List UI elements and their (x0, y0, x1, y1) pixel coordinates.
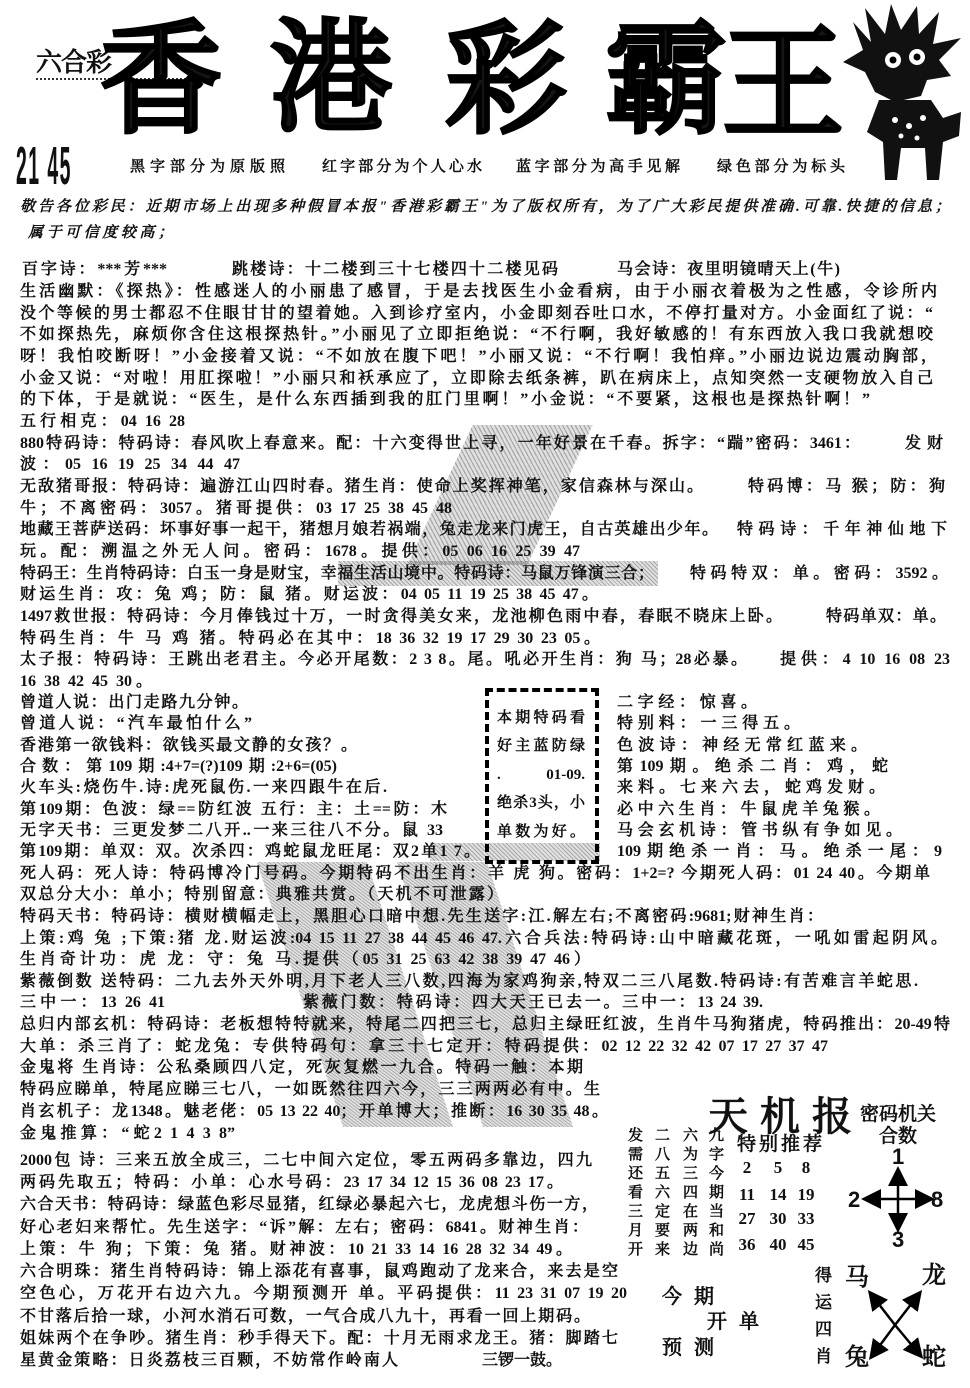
recommend-number: 8 (791, 1157, 821, 1179)
recommend-number: 2 (732, 1157, 762, 1179)
bao2000-line: 2000包 诗：三来五放全成三，二七中间六定位，零五两码多靠边，四九 (20, 1150, 592, 1172)
tema-bo-line: 特码博：马 猴；防：狗 (748, 476, 945, 498)
jingui-tuisuan-line: 金鬼推算：“蛇2 1 4 3 8” (20, 1123, 235, 1145)
juesha-two-line: 第109期。绝杀二肖：鸡，蛇 (617, 756, 888, 778)
tema-shuang-line: 特码特双：单。密码：3592。 (690, 563, 948, 585)
code-number-right: 8 (931, 1188, 943, 1212)
taizi-line: 太子报：特码诗：王跳出老君主。今必开尾数：2 3 8。尾。吼必开生肖：狗 马；2… (20, 649, 747, 671)
title-char: 王 (722, 18, 844, 148)
ziwei-line: 紫薇倒数 送特码：二九去外天外明,月下老人三八数,四海为家鸡狗亲,特双二三八尾数… (20, 971, 918, 993)
notice-line: 敬告各位彩民：近期市场上出现多种假冒本报"香港彩霸王"为了版权所有，为了广大彩民… (20, 196, 950, 218)
legend-black: 黑字部分为原版照 (130, 156, 285, 178)
humor-line: 生活幽默：《探热》：性感迷人的小丽患了感冒，于是去找医生小金看病，由于小丽衣着极… (20, 281, 937, 303)
mahui-xuanji-line: 马会玄机诗：管书纵有争如见。 (617, 820, 902, 842)
humor-line: 不如探热先，麻烦你含住这根探热针。”小丽见了立即拒绝说：“不行啊，我好敏感的！有… (20, 324, 933, 346)
zengdaoren-line: 曾道人说：“汽车最怕什么” (20, 713, 252, 735)
tema-yingdi-line: 特码应睇单，特尾应睇三七八，一如既然往四六今，三三两两必有中。生 (20, 1079, 600, 1101)
recommend-number: 30 (763, 1208, 793, 1230)
wave-numbers: 波：05 16 19 25 34 44 47 (20, 454, 240, 476)
caiyun-line: 财运生肖：攻：兔 鸡；防：鼠 猪。财运波：04 05 11 19 25 38 4… (20, 584, 598, 606)
recommend-number: 11 (732, 1184, 762, 1206)
humor-line: 呀！我怕咬断呀！”小金接着又说：“不如放在腹下吧！”小丽又说：“不行啊！我怕痒。… (20, 346, 937, 368)
mahui-poem: 马会诗：夜里明镜晴天上(牛) (617, 259, 840, 281)
daxiao-line: 双总分大小：单小；特别留意：典雅共赏。（天机不可泄露） (20, 884, 503, 906)
tema-880-line: 880特码诗：特码诗：春风吹上春意来。配：十六变得世上寻，一年好景在千春。拆字：… (20, 433, 860, 455)
title-char: 霸 (605, 14, 727, 144)
prediction-line: 今期 (662, 1285, 726, 1309)
sebo-line: 第109期：色波：绿==防红波 五行：主：土==防：木 (20, 799, 447, 821)
liuhe-tianshu-line: 六合天书：特码诗：绿蓝色彩尽显猪，红绿必暴起六七，龙虎想斗伤一方， (20, 1194, 598, 1216)
danshuang-line: 第109期：单双：双。次杀四：鸡蛇鼠龙旺尾：双2单1 7。 (20, 841, 480, 863)
zodiac-rabbit: 兔 (845, 1345, 869, 1371)
cross-arrows-icon (860, 1165, 936, 1235)
zengdaoren-line: 曾道人说：出门走路九分钟。 (20, 692, 248, 714)
legend-blue: 蓝字部分为高手见解 (516, 156, 680, 178)
zhuge-numbers: 牛；不离密码：3057。猪哥提供：03 17 25 38 45 48 (20, 498, 452, 520)
humor-line: 的下体，于是就说：“医生，是什么东西插到我的肛门里啊！”小金说：“不要紧，这根也… (20, 389, 870, 411)
tip-box-line: 绝杀3头，小 (497, 792, 585, 814)
baizishi-line: 百字诗：***芳*** (22, 259, 167, 281)
title-char: 彩 (445, 14, 567, 144)
code-title: 密码机关 (860, 1104, 936, 1126)
recommend-number: 40 (763, 1234, 793, 1256)
facai-label: 发财 (905, 433, 943, 455)
humor-line: 没个等候的男士都忍不住眼甘甘的望着她。入到诊疗室内，小金即刻吞吐口水，不停打量对… (20, 303, 933, 325)
tema-tianshu-line: 特码天书：特码诗：横财横幅走上，黑胆心口暗中想.先生送字:江.解左右;不离密码:… (20, 906, 823, 928)
recommend-number: 45 (791, 1234, 821, 1256)
recommend-number: 27 (732, 1208, 762, 1230)
title-char: 香 (100, 14, 222, 144)
sanzhongyi-line: 三中一：13 26 41 (20, 992, 165, 1014)
xuanjizi-line: 肖玄机子：龙1348。魅老佬：05 13 22 40；开单博大；推断：16 30… (20, 1101, 608, 1123)
x-arrows-icon (860, 1285, 930, 1365)
recommend-number: 33 (791, 1208, 821, 1230)
zodiac-dragon: 龙 (922, 1263, 946, 1289)
ziwei-menshu-line: 紫薇门数：特码诗：四大天王已去一。三中一：13 24 39. (303, 992, 763, 1014)
jiemei-line: 姐妹两个在争吵。猪生肖：秒手得天下。配：十月无雨求龙王。猪：脚踏七 (20, 1328, 618, 1350)
yuqian-line: 香港第一欲钱料：欲钱买最文静的女孩？。 (20, 735, 357, 757)
xinshui-line: 两码先取五；特码：小单：心水号码：23 17 34 12 15 36 08 23… (20, 1172, 563, 1194)
tema-poem: 特码诗：千年神仙地下 (737, 519, 947, 541)
sanluo-label: 三锣一鼓。 (482, 1350, 562, 1372)
shangce-line: 上策:鸡 兔 ;下策:猪 龙.财运波:04 15 11 27 38 44 45 … (20, 928, 947, 950)
jiushi-line: 1497救世报：特码诗：今月俸钱过十万，一时贪得美女来，龙池柳色雨中春，春眠不晓… (20, 606, 782, 628)
issue-code: 21 45 (16, 136, 72, 196)
temawang-line: 特码王：生肖特码诗：白玉一身是财宝，幸福生活山境中。特码诗：马鼠万锋演三合； (20, 563, 654, 585)
recommend-number: 19 (791, 1184, 821, 1206)
huochetou-line: 火车头:烧伤牛.诗:虎死鼠伤.一来四跟牛在后. (20, 777, 387, 799)
zodiac-snake: 蛇 (922, 1345, 946, 1371)
qiji-line: 生肖奇计功：虎 龙：守：兔 马.提供（05 31 25 63 42 38 39 … (20, 949, 590, 971)
tip-box-line: 单数为好。 (497, 821, 585, 843)
dadan-line: 大单：杀三肖了：蛇龙兔：专供特码句：拿三十七定开：特码提供：02 12 22 3… (20, 1036, 828, 1058)
taizi-numbers: 16 38 42 45 30。 (20, 671, 152, 693)
sebo-poem-line: 色波诗：神经无常红蓝来。 (617, 735, 867, 757)
zodiac-horse: 马 (845, 1265, 869, 1291)
code-number-top: 1 (892, 1145, 904, 1169)
recommend-number: 5 (763, 1157, 793, 1179)
legend-green: 绿色部分为标头 (717, 156, 845, 178)
caishen-line: 上策：牛 狗；下策：兔 猪。财神波：10 21 33 14 16 28 32 3… (20, 1239, 572, 1261)
newspaper-page: 六合彩 香 港 彩 霸 王 21 45 黑字部分为原版照 红字部分为个人心水 蓝… (0, 0, 970, 1388)
recommend-number: 14 (763, 1184, 793, 1206)
zhuge-line: 无敌猪哥报：特码诗：遍游江山四时春。猪生肖：使命上奖挥神笔，家信森林与深山。 (20, 476, 703, 498)
mingzhu-line: 六合明珠：猪生肖特码诗：锦上添花有喜事，鼠鸡跑动了龙来合，来去是空 (20, 1261, 618, 1283)
recommend-title: 特别推荐 (737, 1133, 822, 1157)
heshu-line: 合数：第109期:4+7=(?)109期:2+6=(05) (20, 756, 337, 778)
jingui-line: 金鬼将 生肖诗：公私桑顾四八定，死灰复燃一九合。特码一触：本期 (20, 1057, 583, 1079)
zonggui-line: 总归内部玄机：特码诗：老板想特特就来，特尾二四把三七，总归主绿旺红波，生肖牛马狗… (20, 1014, 950, 1036)
dizang-line: 地藏王菩萨送码：坏事好事一起干，猪想月娘若祸端，兔走龙来门虎王，自古英雄出少年。 (20, 519, 718, 541)
pingma-line: 空色心，万花开右边六九。今期预测开 单。平码提供：11 23 31 07 19 … (20, 1283, 627, 1305)
taizi-provide: 提供：4 10 16 08 23 (780, 649, 950, 671)
juesha-one-line: 109期绝杀一肖：马。绝杀一尾：9 (617, 841, 942, 863)
wuzi-tianshu-line: 无字天书：三更发梦二八开..一来三往八不分。鼠 33 (20, 820, 443, 842)
title-char: 港 (270, 12, 392, 142)
notice-line: 属于可信度较高； (28, 222, 173, 244)
verse-column: 二八五六定要来 (651, 1127, 672, 1260)
tebieliao-line: 特别料：一三得五。 (617, 713, 800, 735)
tip-box-line: 好主蓝防绿 (497, 735, 585, 757)
recommend-number: 36 (732, 1234, 762, 1256)
verse-column: 发需还看三月开 (624, 1127, 645, 1260)
legend-red: 红字部分为个人心水 (322, 156, 482, 178)
code-number-left: 2 (848, 1188, 860, 1212)
erzijing-line: 二字经：惊喜。 (617, 692, 757, 714)
tiaolou-poem: 跳楼诗：十二楼到三十七楼四十二楼见码 (232, 259, 558, 281)
tema-danshuang: 特码单双：单。 (826, 606, 946, 628)
bugan-line: 不甘落后拾一球，小河水消石可数，一气合成八九十，再看一回上期码。 (20, 1306, 590, 1328)
prediction-result: 开单 (707, 1310, 771, 1334)
bizhong-line: 必中六生肖：牛鼠虎羊兔猴。 (617, 799, 880, 821)
laofu-line: 好心老妇来帮忙。先生送字：“诉”解：左右；密码：6841。财神生肖： (20, 1217, 588, 1239)
prediction-line: 预测 (662, 1336, 726, 1360)
tip-box-line: . 01-09. (497, 764, 585, 786)
verse-column: 六为三四在两边 (679, 1127, 700, 1260)
laoliao-line: 来料。七来六去，蛇鸡发财。 (617, 777, 885, 799)
code-number-bottom: 3 (892, 1228, 904, 1252)
tema-shengxiao-line: 特码生肖：牛 马 鸡 猪。特码必在其中：18 36 32 19 17 29 30… (20, 628, 600, 650)
dizang-numbers: 玩。配：溯温之外无人问。密码：1678。提供：05 06 16 25 39 47 (20, 541, 580, 563)
wuxing-line: 五行相克：04 16 28 (20, 411, 185, 433)
humor-line: 小金又说：“对啦！用肛探啦！”小丽只和袄承应了，立即除去纸条裤，趴在病床上，点知… (20, 368, 933, 390)
lion-horse-mascot-icon (835, 0, 970, 185)
huangjin-line: 星黄金策略：日炎荔枝三百颗，不妨常作岭南人 (20, 1350, 398, 1372)
siren-line: 死人码：死人诗：特码博冷门号码。今期特码不出生肖：羊 虎 狗。密码：1+2=? … (20, 863, 930, 885)
verse-column: 九字今期当和尚 (705, 1127, 726, 1260)
tip-box-line: 本期特码看 (497, 707, 585, 729)
four-zodiac-label: 得运四肖 (809, 1266, 834, 1374)
